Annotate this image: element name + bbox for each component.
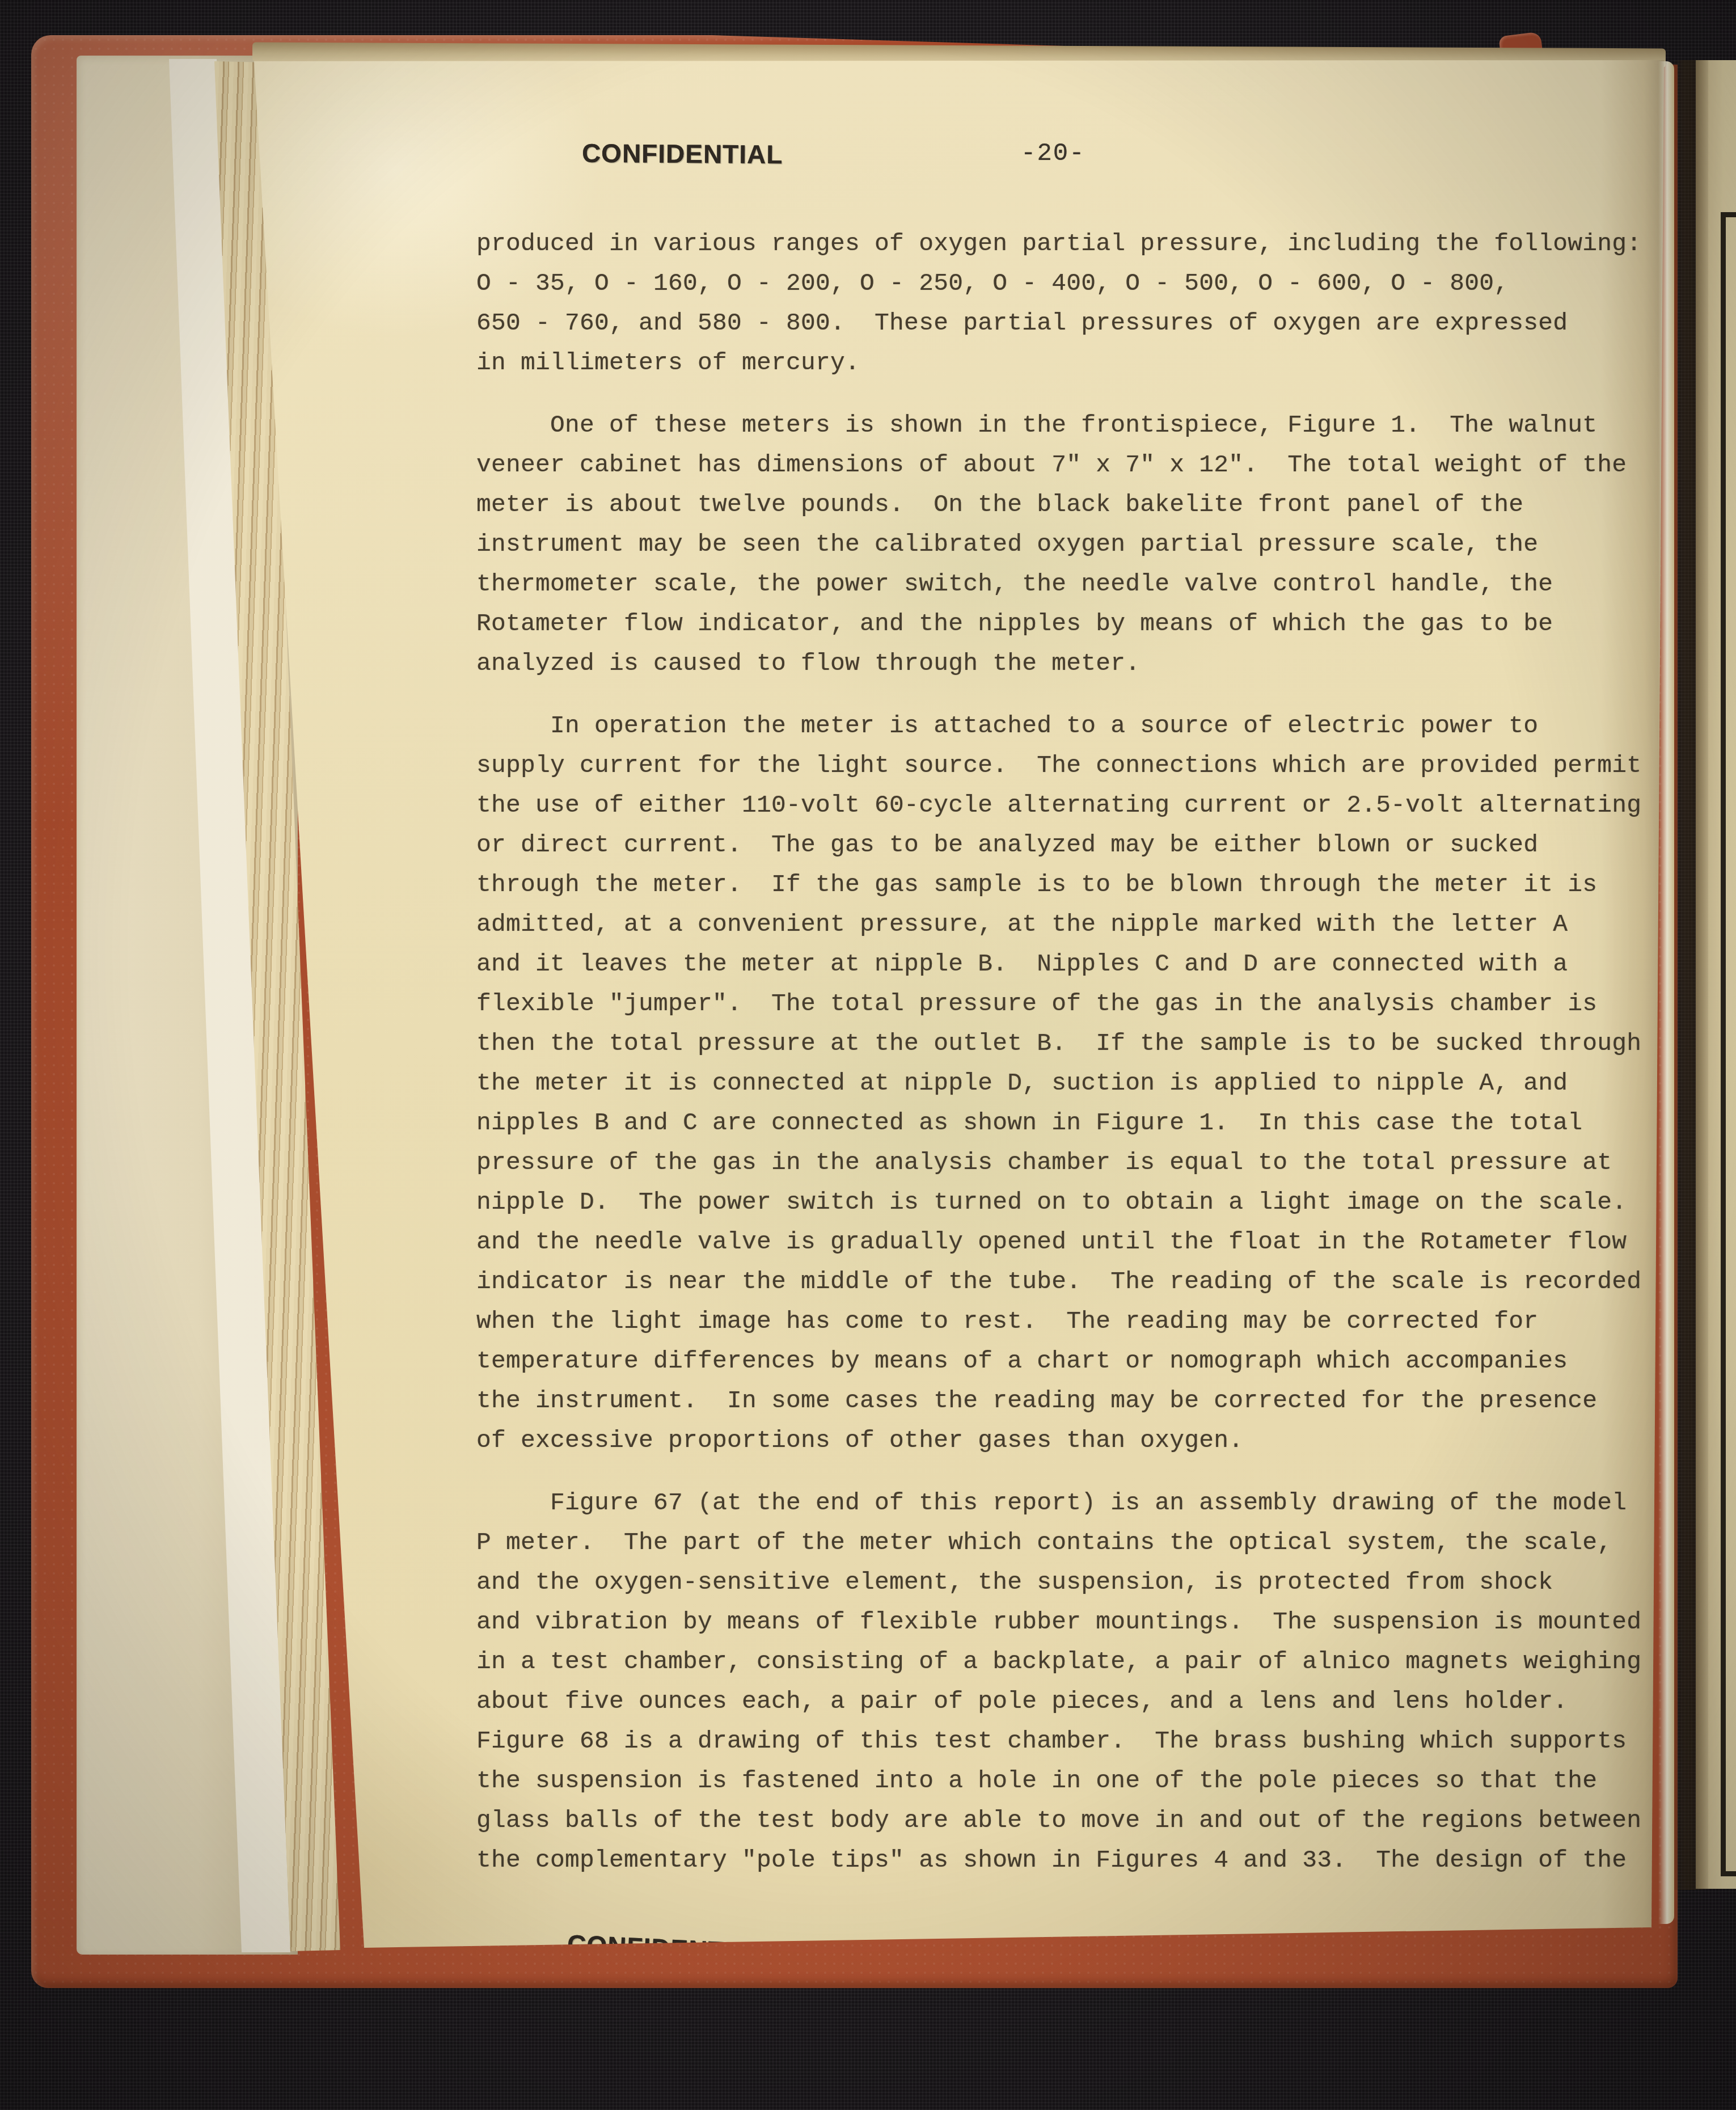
text-line: temperature differences by means of a ch… (476, 1341, 1672, 1381)
text-line: O - 35, O - 160, O - 200, O - 250, O - 4… (476, 264, 1672, 303)
text-line: the suspension is fastened into a hole i… (476, 1761, 1672, 1801)
classification-stamp-top: CONFIDENTIAL (582, 138, 783, 170)
text-line: meter is about twelve pounds. On the bla… (476, 485, 1672, 525)
text-line: thermometer scale, the power switch, the… (476, 564, 1672, 604)
text-line: about five ounces each, a pair of pole p… (476, 1682, 1672, 1721)
text-line: flexible "jumper". The total pressure of… (476, 984, 1672, 1024)
text-line: instrument may be seen the calibrated ox… (476, 525, 1672, 564)
text-line: and the needle valve is gradually opened… (476, 1222, 1672, 1262)
text-line: and the oxygen-sensitive element, the su… (476, 1563, 1672, 1602)
text-line: the use of either 110-volt 60-cycle alte… (476, 786, 1672, 825)
facing-page (1696, 60, 1736, 1889)
paragraph: In operation the meter is attached to a … (476, 706, 1672, 1461)
text-line: the instrument. In some cases the readin… (476, 1381, 1672, 1421)
text-line: in a test chamber, consisting of a backp… (476, 1642, 1672, 1682)
text-line: produced in various ranges of oxygen par… (476, 224, 1672, 264)
page-number: -20- (1021, 140, 1085, 168)
text-line: the complementary "pole tips" as shown i… (476, 1841, 1672, 1880)
body-text: produced in various ranges of oxygen par… (476, 224, 1672, 1903)
text-line: when the light image has come to rest. T… (476, 1302, 1672, 1341)
text-line: admitted, at a convenient pressure, at t… (476, 905, 1672, 944)
text-line: One of these meters is shown in the fron… (476, 406, 1672, 445)
text-line: P meter. The part of the meter which con… (476, 1523, 1672, 1563)
text-line: veneer cabinet has dimensions of about 7… (476, 445, 1672, 485)
main-page: CONFIDENTIAL -20- produced in various ra… (254, 57, 1664, 1951)
text-line: Figure 68 is a drawing of this test cham… (476, 1721, 1672, 1761)
text-line: supply current for the light source. The… (476, 746, 1672, 786)
text-line: 650 - 760, and 580 - 800. These partial … (476, 303, 1672, 343)
text-line: In operation the meter is attached to a … (476, 706, 1672, 746)
text-line: the meter it is connected at nipple D, s… (476, 1064, 1672, 1103)
paragraph: Figure 67 (at the end of this report) is… (476, 1483, 1672, 1880)
figure-frame-border (1721, 212, 1736, 1876)
text-line: nipple D. The power switch is turned on … (476, 1183, 1672, 1222)
text-line: nipples B and C are connected as shown i… (476, 1103, 1672, 1143)
text-line: of excessive proportions of other gases … (476, 1421, 1672, 1461)
text-line: then the total pressure at the outlet B.… (476, 1024, 1672, 1064)
text-line: analyzed is caused to flow through the m… (476, 644, 1672, 683)
text-line: Figure 67 (at the end of this report) is… (476, 1483, 1672, 1523)
text-line: through the meter. If the gas sample is … (476, 865, 1672, 905)
text-line: Rotameter flow indicator, and the nipple… (476, 604, 1672, 644)
text-line: indicator is near the middle of the tube… (476, 1262, 1672, 1302)
text-line: and vibration by means of flexible rubbe… (476, 1602, 1672, 1642)
text-line: glass balls of the test body are able to… (476, 1801, 1672, 1841)
paragraph: produced in various ranges of oxygen par… (476, 224, 1672, 383)
text-line: pressure of the gas in the analysis cham… (476, 1143, 1672, 1183)
text-line: in millimeters of mercury. (476, 343, 1672, 383)
endpaper-flyleaf (77, 56, 298, 1955)
text-line: and it leaves the meter at nipple B. Nip… (476, 944, 1672, 984)
scanned-book-photo: { "document": { "header": { "classificat… (0, 0, 1736, 2110)
paragraph: One of these meters is shown in the fron… (476, 406, 1672, 683)
text-line: or direct current. The gas to be analyze… (476, 825, 1672, 865)
